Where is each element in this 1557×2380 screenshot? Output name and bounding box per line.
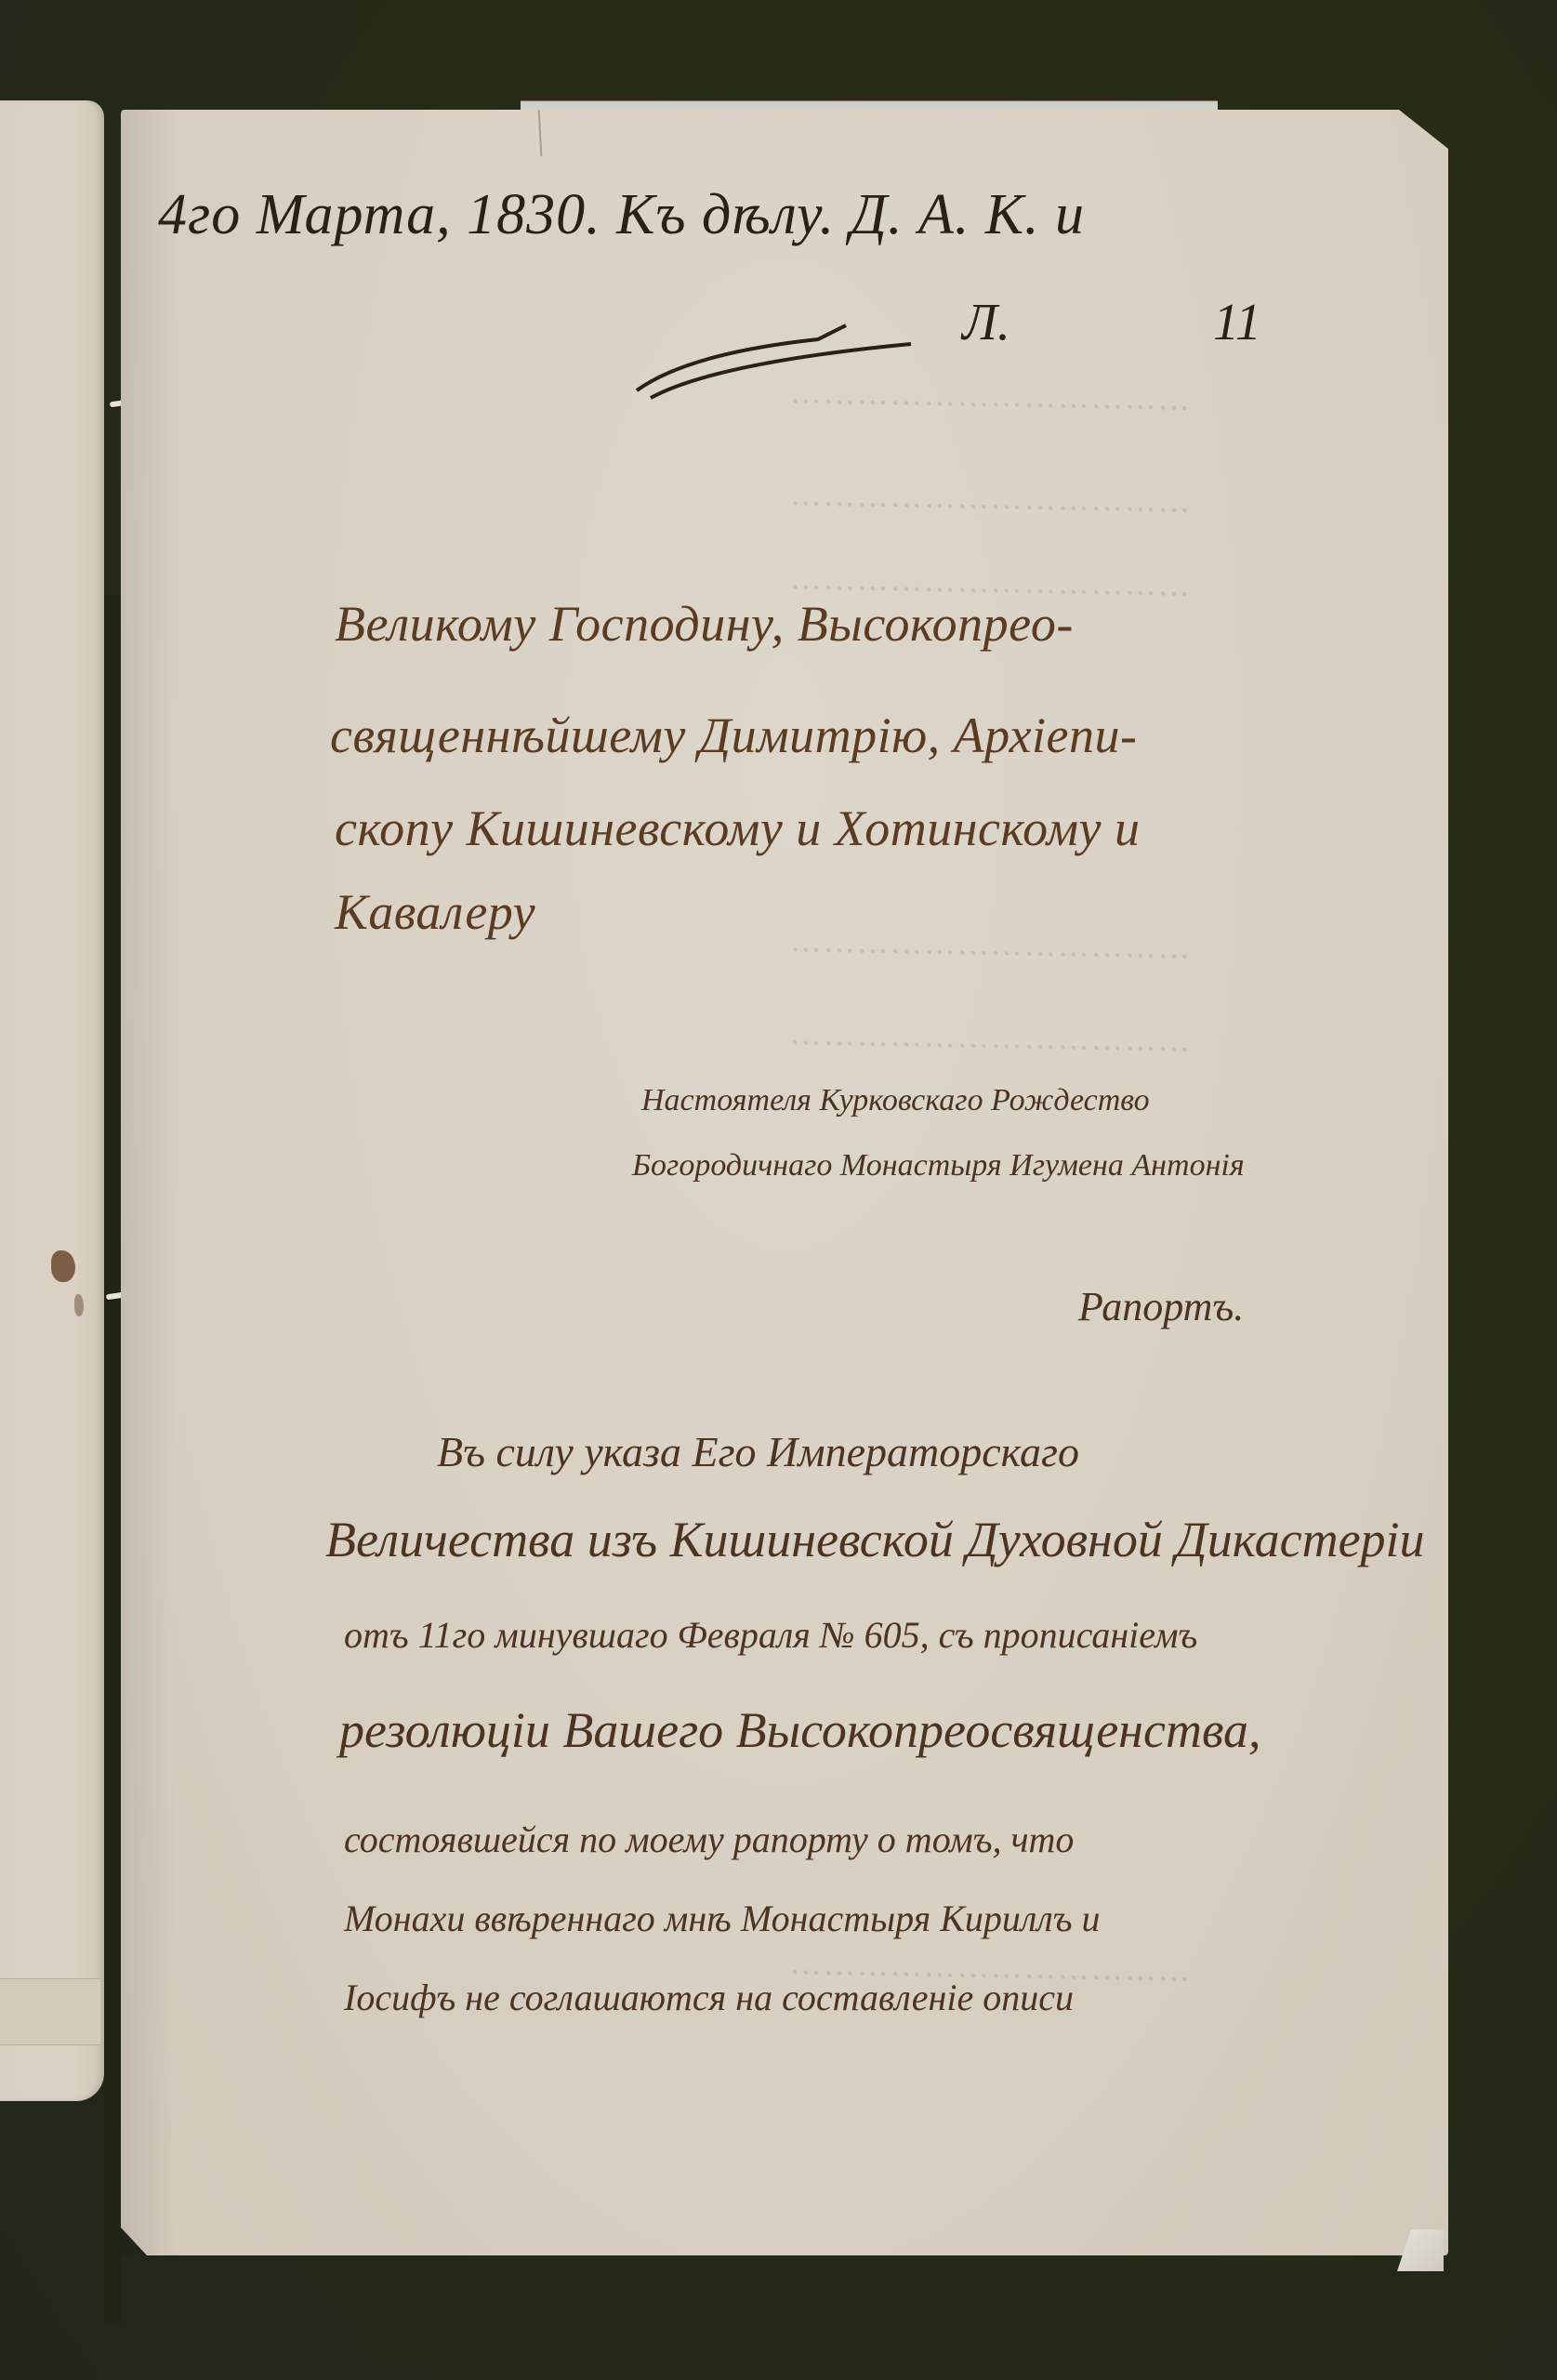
ink-stain [74,1294,84,1316]
body-line: резолюціи Вашего Высокопреосвященства, [339,1701,1261,1759]
address-line: Великому Господину, Высокопрео- [335,595,1074,653]
body-line: Въ силу указа Его Императорскаго [437,1427,1079,1476]
body-line: Монахи ввѣреннаго мнѣ Монастыря Кириллъ … [344,1897,1100,1940]
body-line: отъ 11го минувшаго Февраля № 605, съ про… [344,1613,1197,1657]
address-line: скопу Кишиневскому и Хотинскому и [335,800,1141,857]
underlying-sheet-edge [521,100,1218,111]
body-line: Іосифъ не соглашаются на составленіе опи… [344,1976,1074,2019]
left-facing-page [0,100,104,2101]
body-line: состоявшейся по моему рапорту о томъ, чт… [344,1818,1074,1861]
document-title: Рапортъ. [1078,1283,1244,1330]
left-page-folded-strip [0,1978,100,2045]
sheet-number-mark: 11 [1213,293,1261,352]
underline-flourish-icon [632,316,930,400]
archival-date-annotation: 4го Марта, 1830. Къ дѣлу. Д. А. К. и [158,182,1085,248]
address-line: священнѣйшему Димитрію, Архіепи- [330,707,1138,764]
binding-gutter [104,595,121,2324]
sender-line: Настоятеля Курковскаго Рождество [641,1083,1150,1118]
body-line: Величества изъ Кишиневской Духовной Дика… [325,1511,1425,1568]
sheet-letter-mark: Л. [962,293,1010,352]
address-line: Кавалеру [335,883,535,941]
ink-stain [51,1250,75,1282]
sender-line: Богородичнаго Монастыря Игумена Антонія [632,1148,1245,1183]
